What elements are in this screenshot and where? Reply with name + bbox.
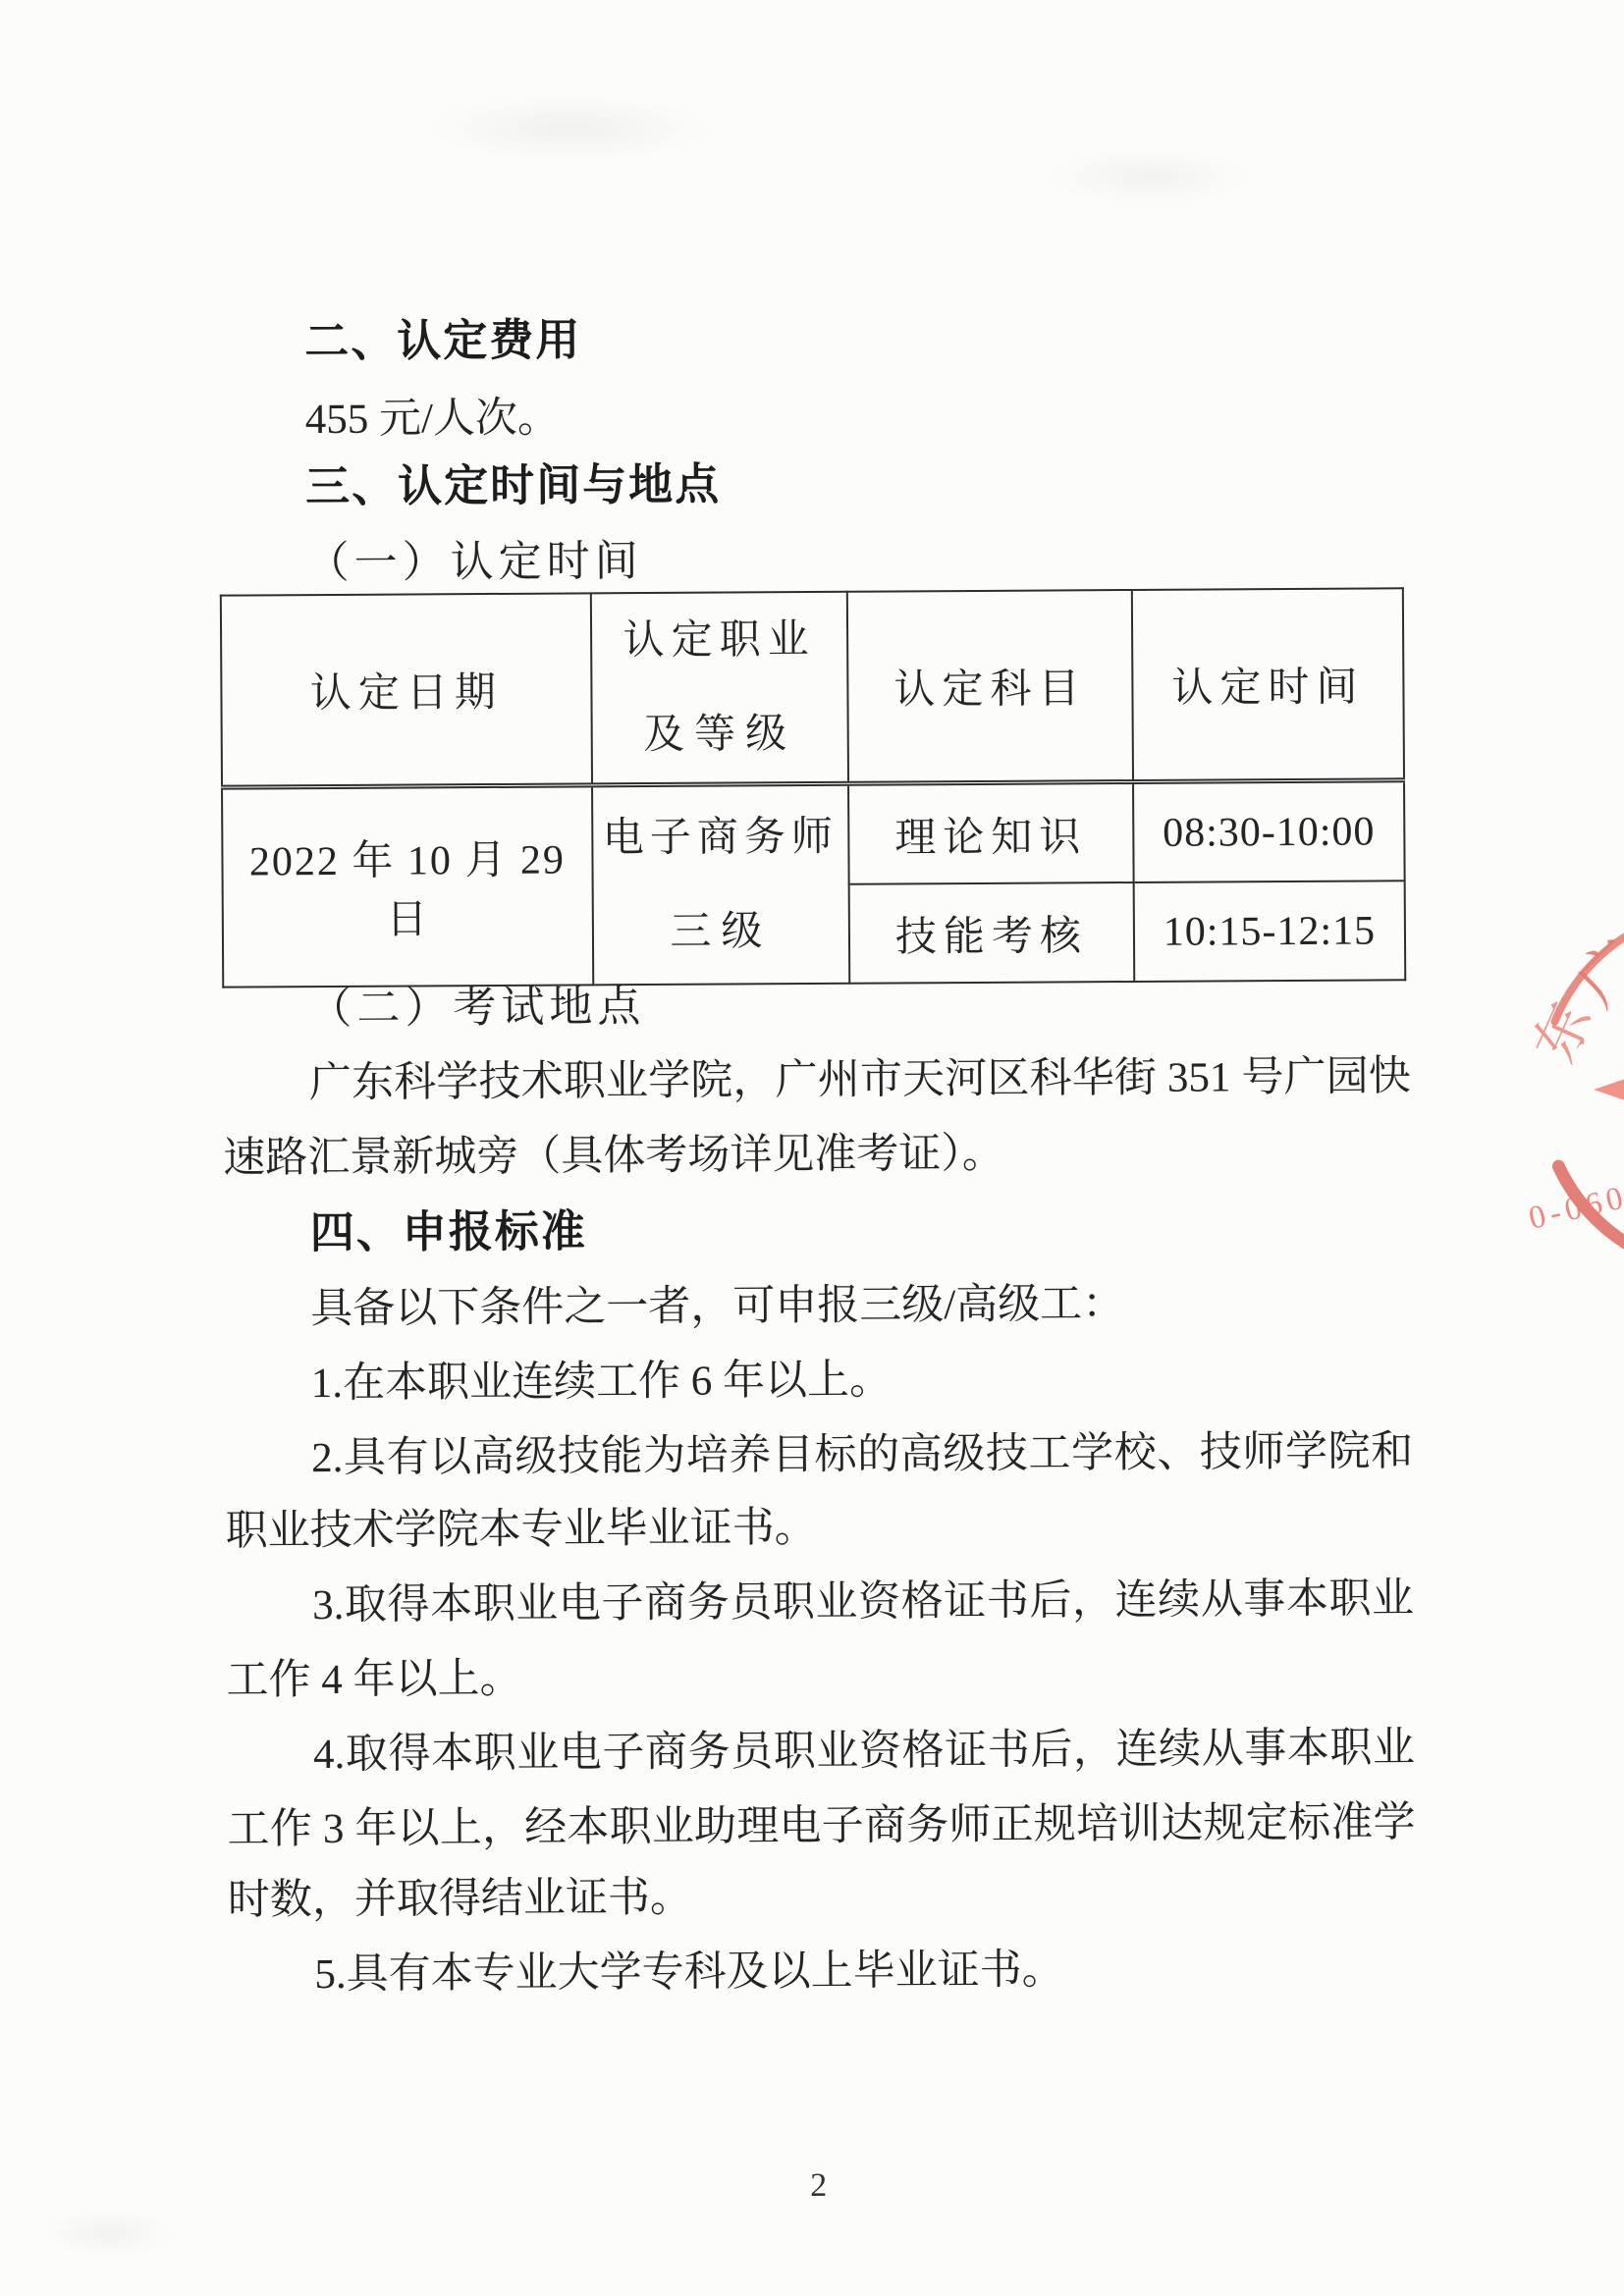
header-cell-subject: 认定科目 [847, 590, 1133, 783]
page-number: 2 [7, 2163, 1624, 2210]
table-header-row: 认定日期 认定职业 及等级 认定科目 认定时间 [221, 588, 1404, 787]
application-item-4-line-3: 时数，并取得结业证书。 [228, 1869, 1416, 1925]
header-subject-label: 认定科目 [893, 667, 1086, 713]
application-item-1: 1.在本职业连续工作 6 年以上。 [225, 1353, 1413, 1409]
table-row: 2022 年 10 月 29 日 电子商务师 三级 理论知识 08:30-10:… [222, 780, 1405, 888]
document-page: 二、认定费用 455 元/人次。 三、认定时间与地点 （一）认定时间 认定日期 … [0, 0, 1624, 2296]
occupation-name: 电子商务师 [603, 815, 839, 861]
application-item-4-line-2: 工作 3 年以上，经本职业助理电子商务师正规培训达规定标准学 [227, 1798, 1415, 1854]
header-occupation-line2: 及等级 [643, 712, 796, 758]
header-date-label: 认定日期 [310, 670, 503, 717]
application-item-4-line-1: 4.取得本职业电子商务员职业资格证书后，连续从事本职业 [227, 1724, 1415, 1780]
header-cell-time: 认定时间 [1132, 588, 1404, 781]
cell-subject-skill: 技能考核 [849, 882, 1135, 984]
cell-assessment-date: 2022 年 10 月 29 日 [222, 785, 593, 988]
subheading-assessment-time: （一）认定时间 [219, 532, 1407, 588]
page-content: 二、认定费用 455 元/人次。 三、认定时间与地点 （一）认定时间 认定日期 … [0, 0, 1624, 2296]
fee-amount: 455 元/人次。 [219, 389, 1407, 445]
heading-time-place: 三、认定时间与地点 [219, 455, 1407, 511]
application-item-5: 5.具有本专业大学专科及以上毕业证书。 [228, 1944, 1416, 2000]
header-cell-date: 认定日期 [221, 593, 592, 787]
seal-character-fragment-1: 广 [1565, 929, 1624, 1019]
occupation-level: 三级 [670, 909, 772, 955]
header-time-label: 认定时间 [1171, 666, 1364, 712]
header-occupation-line1: 认定职业 [623, 617, 815, 664]
cell-time-theory: 08:30-10:00 [1133, 780, 1405, 882]
seal-character-fragment-2: 东 [1522, 993, 1603, 1071]
application-item-3-line-2: 工作 4 年以上。 [226, 1649, 1414, 1705]
application-item-2-line-1: 2.具有以高级技能为培养目标的高级技工学校、技师学院和 [225, 1427, 1413, 1483]
official-seal-partial: 广 东 0-060 [1512, 883, 1624, 1306]
heading-application-standard: 四、申报标准 [224, 1201, 1412, 1257]
cell-occupation-level: 电子商务师 三级 [592, 783, 849, 985]
cell-time-skill: 10:15-12:15 [1134, 881, 1406, 982]
application-item-2-line-2: 职业技术学院本专业毕业证书。 [226, 1500, 1414, 1556]
assessment-schedule-table: 认定日期 认定职业 及等级 认定科目 认定时间 2022 年 10 月 29 日… [220, 587, 1406, 988]
cell-subject-theory: 理论知识 [848, 781, 1134, 883]
address-line-1: 广东科学技术职业学院，广州市天河区科华街 351 号广园快 [223, 1052, 1411, 1108]
header-cell-occupation: 认定职业 及等级 [591, 592, 848, 785]
application-item-3-line-1: 3.取得本职业电子商务员职业资格证书后，连续从事本职业 [226, 1575, 1414, 1630]
address-line-2: 速路汇景新城旁（具体考场详见准考证）。 [223, 1127, 1411, 1183]
heading-fee: 二、认定费用 [218, 310, 1406, 366]
application-intro: 具备以下条件之一者，可申报三级/高级工： [224, 1278, 1412, 1334]
subheading-exam-location: （二）考试地点 [222, 978, 1410, 1034]
